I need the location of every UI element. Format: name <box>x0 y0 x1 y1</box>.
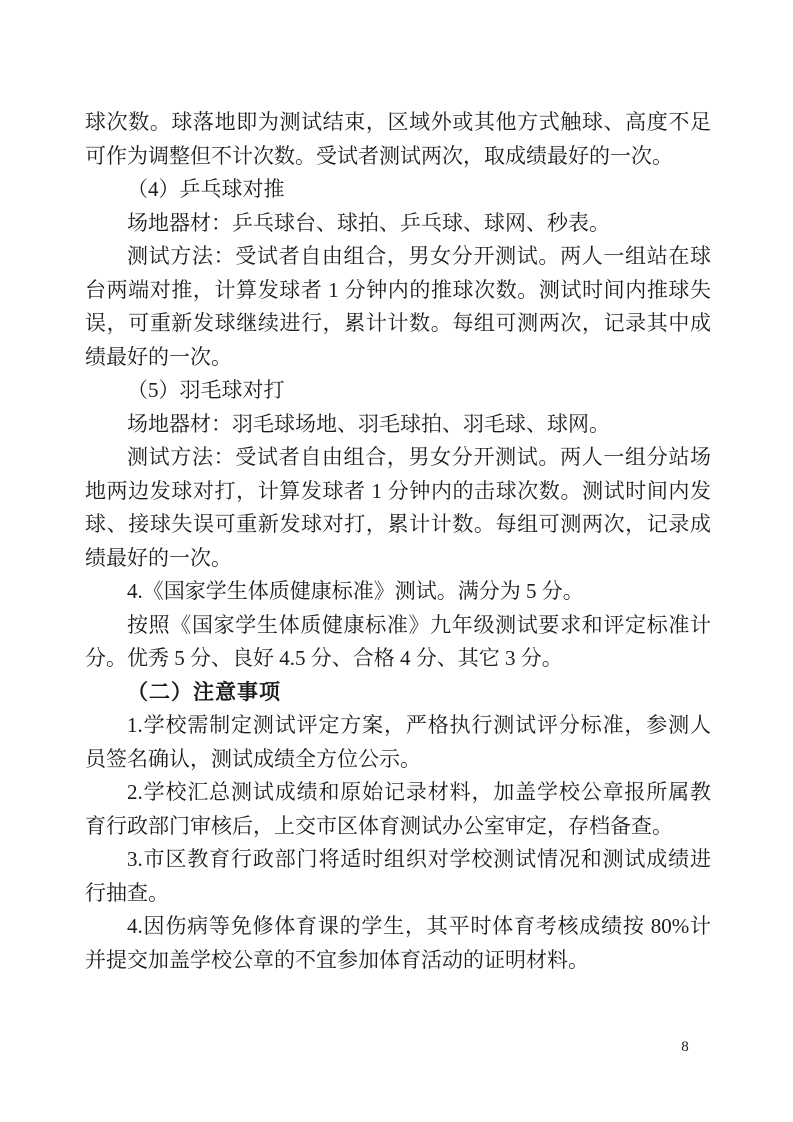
text-line: 误，可重新发球继续进行，累计计数。每组可测两次，记录其中成 <box>85 307 711 341</box>
section-heading: （二）注意事项 <box>85 676 711 710</box>
text-line: 员签名确认，测试成绩全方位公示。 <box>85 743 711 777</box>
page-number: 8 <box>670 1038 700 1056</box>
text-line: 按照《国家学生体质健康标准》九年级测试要求和评定标准计 <box>85 609 711 643</box>
text-line: 台两端对推，计算发球者 1 分钟内的推球次数。测试时间内推球失 <box>85 274 711 308</box>
text-line: 并提交加盖学校公章的不宜参加体育活动的证明材料。 <box>85 944 711 978</box>
text-line: 球、接球失误可重新发球对打，累计计数。每组可测两次，记录成 <box>85 508 711 542</box>
text-line: 分。优秀 5 分、良好 4.5 分、合格 4 分、其它 3 分。 <box>85 642 711 676</box>
document-page: 球次数。球落地即为测试结束，区域外或其他方式触球、高度不足等可作为调整但不计次数… <box>0 0 793 1122</box>
text-line: 测试方法：受试者自由组合，男女分开测试。两人一组站在球 <box>85 240 711 274</box>
text-line: 可作为调整但不计次数。受试者测试两次，取成绩最好的一次。 <box>85 140 711 174</box>
text-line: 测试方法：受试者自由组合，男女分开测试。两人一组分站场 <box>85 441 711 475</box>
text-line: 场地器材：乒乓球台、球拍、乒乓球、球网、秒表。 <box>85 207 711 241</box>
text-line: 绩最好的一次。 <box>85 341 711 375</box>
text-line: 4.因伤病等免修体育课的学生，其平时体育考核成绩按 80%计算， <box>85 910 711 944</box>
text-line: 4.《国家学生体质健康标准》测试。满分为 5 分。 <box>85 575 711 609</box>
text-line: （4）乒乓球对推 <box>85 173 711 207</box>
text-line: 场地器材：羽毛球场地、羽毛球拍、羽毛球、球网。 <box>85 408 711 442</box>
text-line: （5）羽毛球对打 <box>85 374 711 408</box>
text-line: 育行政部门审核后，上交市区体育测试办公室审定，存档备查。 <box>85 810 711 844</box>
text-line: 2.学校汇总测试成绩和原始记录材料，加盖学校公章报所属教 <box>85 776 711 810</box>
text-line: 3.市区教育行政部门将适时组织对学校测试情况和测试成绩进 <box>85 843 711 877</box>
text-line: 球次数。球落地即为测试结束，区域外或其他方式触球、高度不足等 <box>85 106 711 140</box>
text-line: 地两边发球对打，计算发球者 1 分钟内的击球次数。测试时间内发 <box>85 475 711 509</box>
text-line: 行抽查。 <box>85 877 711 911</box>
text-line: 1.学校需制定测试评定方案，严格执行测试评分标准，参测人 <box>85 709 711 743</box>
text-line: 绩最好的一次。 <box>85 542 711 576</box>
document-body: 球次数。球落地即为测试结束，区域外或其他方式触球、高度不足等可作为调整但不计次数… <box>85 106 711 977</box>
